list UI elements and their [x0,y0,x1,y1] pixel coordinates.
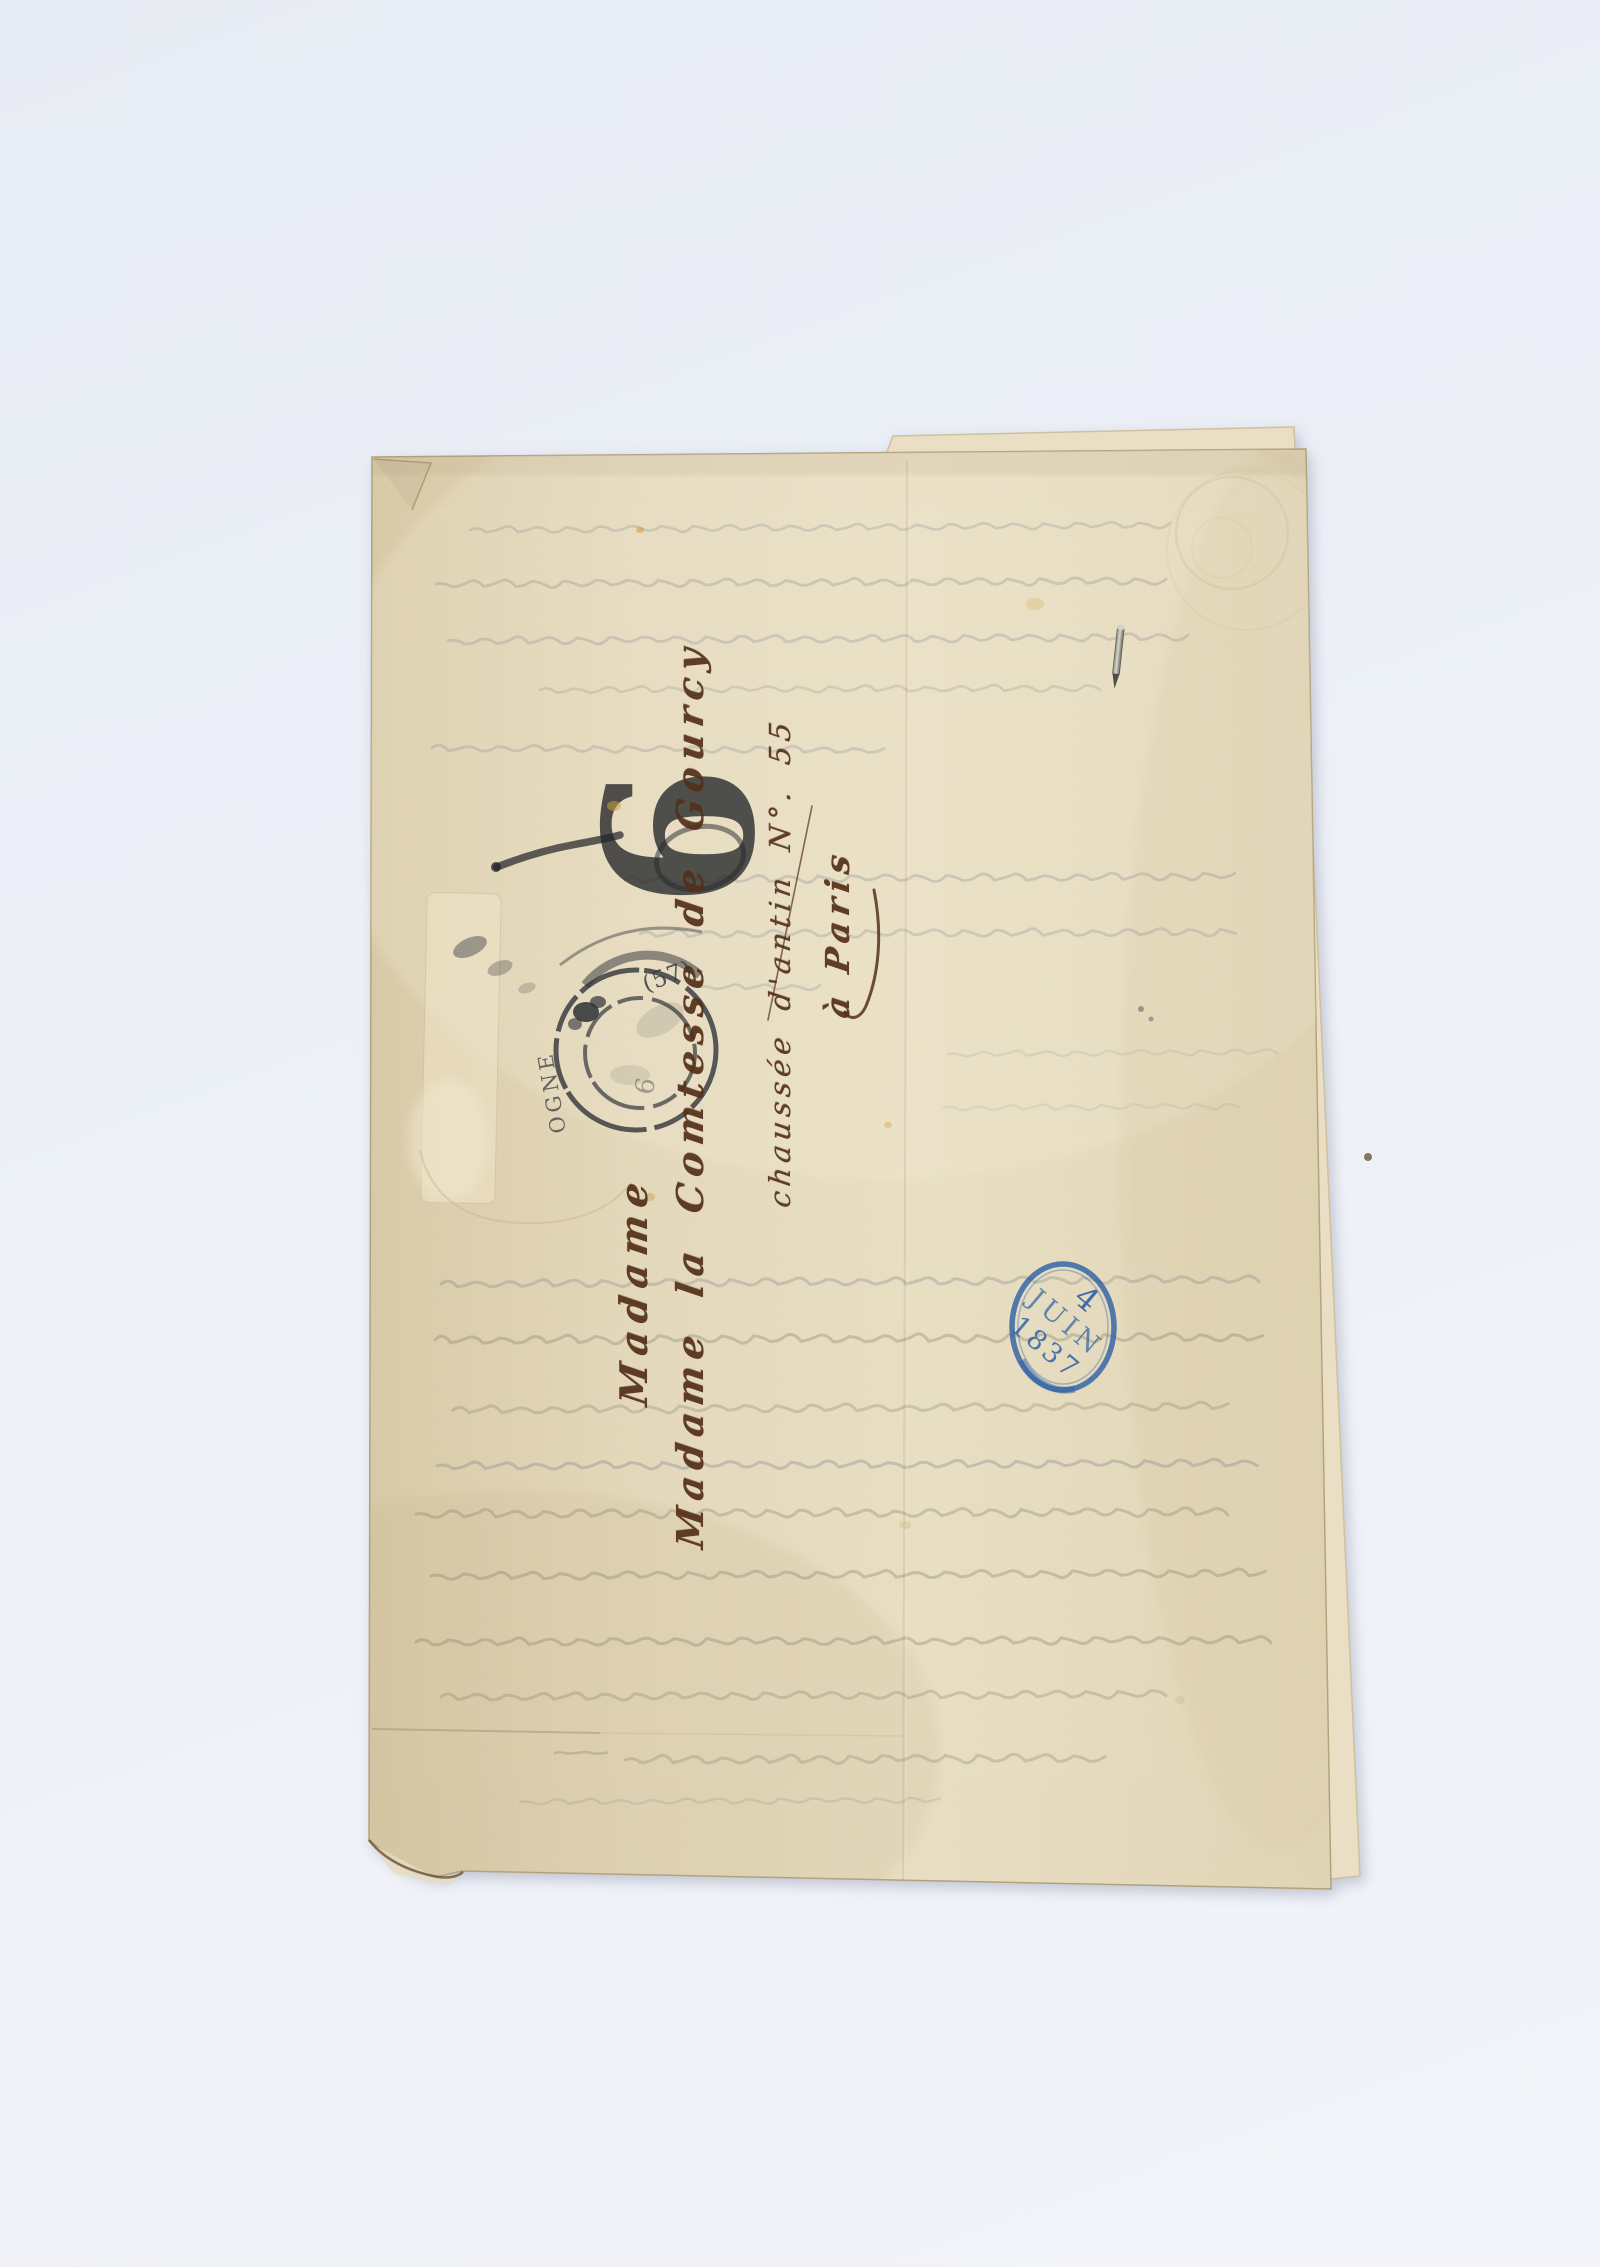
address-line-recipient: Madame la Comtesse de Gourcy [668,745,712,1551]
address-line-salutation: Madame [611,1142,656,1408]
ghost-text-line [555,1752,607,1754]
pen-nib-blot [491,862,501,872]
stain-spot [1364,1153,1372,1161]
stain-spot [1138,1006,1144,1012]
stain-spot [607,801,621,811]
stain-spot [1175,1696,1185,1704]
address-line-city: à Paris [818,845,857,1020]
stain-spot [899,1521,911,1529]
stain-spot [636,527,644,533]
scan-artwork: (57) OGNE 6 6 4 JUIN 1837 [0,0,1600,2267]
address-line-street: chaussée d'antin N°. 55 [763,785,797,1210]
letter-scan: (57) OGNE 6 6 4 JUIN 1837 [0,0,1600,2267]
stain-spot [884,1122,892,1128]
stain-spot [1149,1017,1154,1022]
stain-spot [1026,598,1044,610]
embossed-seal-area [408,1080,488,1200]
